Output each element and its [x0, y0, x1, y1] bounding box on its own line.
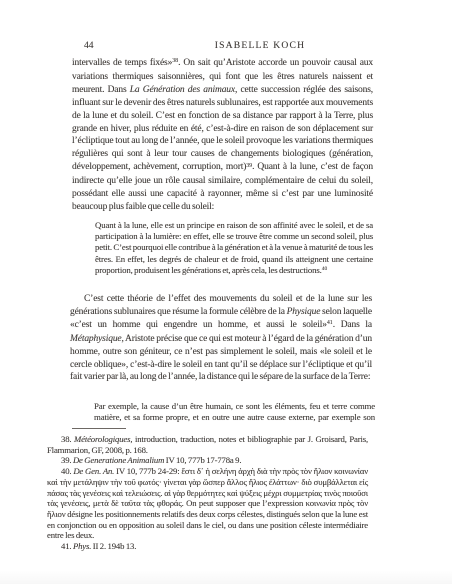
footnote-separator-rule [72, 428, 126, 429]
block-quote-1: Quant à la lune, elle est un principe en… [95, 220, 373, 278]
book-page: 44 ISABELLE KOCH intervalles de temps fi… [0, 0, 452, 584]
body-paragraph-1: intervalles de temps fixés»38. On sait q… [72, 57, 373, 214]
body-paragraph-2: C’est cette théorie de l’effet des mouve… [70, 293, 372, 384]
block-quote-2: Par exemple, la cause d’un être humain, … [94, 401, 375, 423]
page-number: 44 [84, 40, 94, 51]
footnotes-section: 38. Météorologiques, introduction, tradu… [47, 428, 368, 552]
running-header: ISABELLE KOCH [120, 40, 400, 51]
footnote-38: 38. Météorologiques, introduction, tradu… [47, 434, 368, 455]
footnote-39: 39. De Generatione Animalium IV 10, 777b… [47, 455, 368, 466]
footnote-41: 41. Phys. II 2. 194b 13. [47, 541, 368, 552]
footnote-40: 40. De Gen. An. IV 10, 777b 24-29: ἔστι … [47, 466, 368, 541]
scan-shadow [0, 570, 452, 584]
